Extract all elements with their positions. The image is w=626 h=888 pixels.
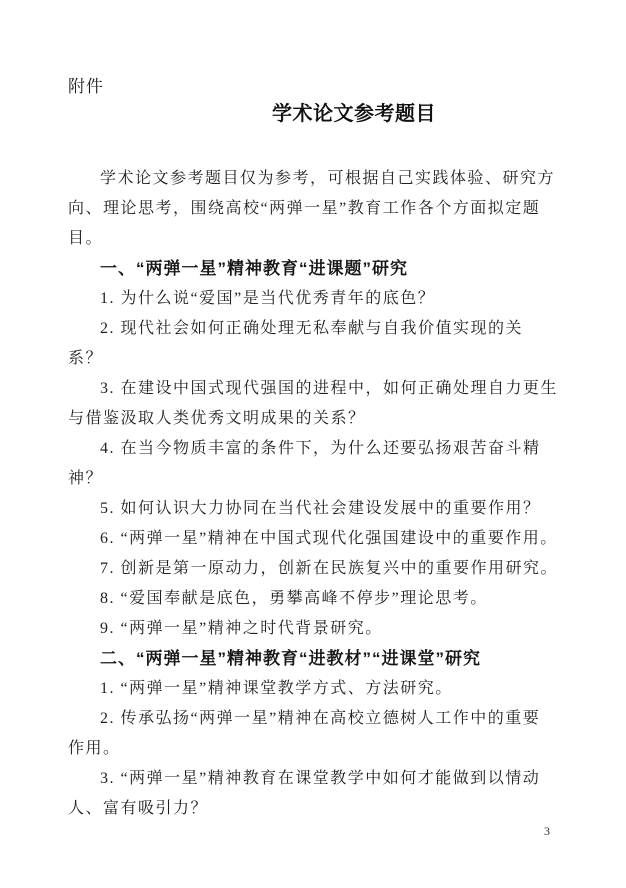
topic-line: 1. “两弹一星”精神课堂教学方式、方法研究。 bbox=[100, 678, 453, 700]
topic-line-continuation: 人、富有吸引力？ bbox=[68, 798, 208, 820]
topic-line: 7. 创新是第一原动力，创新在民族复兴中的重要作用研究。 bbox=[100, 558, 558, 580]
topic-line: 3. 在建设中国式现代强国的进程中，如何正确处理自力更生 bbox=[100, 378, 558, 400]
section-1-heading: 一、“两弹一星”精神教育“进课题”研究 bbox=[100, 258, 408, 280]
topic-line: 5. 如何认识大力协同在当代社会建设发展中的重要作用？ bbox=[100, 498, 541, 520]
topic-line: 6. “两弹一星”精神在中国式现代化强国建设中的重要作用。 bbox=[100, 528, 558, 550]
document-page: 附件 学术论文参考题目 学术论文参考题目仅为参考，可根据自己实践体验、研究方 向… bbox=[0, 0, 626, 888]
intro-line: 目。 bbox=[68, 228, 103, 250]
topic-line-continuation: 神？ bbox=[68, 468, 103, 490]
doc-title: 学术论文参考题目 bbox=[272, 103, 436, 125]
page-number: 3 bbox=[544, 820, 550, 842]
topic-line: 2. 传承弘扬“两弹一星”精神在高校立德树人工作中的重要 bbox=[100, 708, 540, 730]
topic-line: 4. 在当今物质丰富的条件下，为什么还要弘扬艰苦奋斗精 bbox=[100, 438, 541, 460]
topic-line: 1. 为什么说“爱国”是当代优秀青年的底色？ bbox=[100, 288, 435, 310]
topic-line: 8. “爱国奉献是底色，勇攀高峰不停步”理论思考。 bbox=[100, 588, 488, 610]
attachment-label: 附件 bbox=[68, 76, 104, 98]
topic-line-continuation: 与借鉴汲取人类优秀文明成果的关系？ bbox=[68, 408, 366, 430]
topic-line: 3. “两弹一星”精神教育在课堂教学中如何才能做到以情动 bbox=[100, 768, 540, 790]
intro-line: 向、理论思考，围绕高校“两弹一星”教育工作各个方面拟定题 bbox=[68, 198, 540, 220]
section-2-heading: 二、“两弹一星”精神教育“进教材”“进课堂”研究 bbox=[100, 648, 481, 670]
topic-line-continuation: 作用。 bbox=[68, 738, 121, 760]
topic-line: 9. “两弹一星”精神之时代背景研究。 bbox=[100, 618, 383, 640]
topic-line: 2. 现代社会如何正确处理无私奉献与自我价值实现的关 bbox=[100, 318, 523, 340]
topic-line-continuation: 系？ bbox=[68, 348, 103, 370]
intro-line: 学术论文参考题目仅为参考，可根据自己实践体验、研究方 bbox=[100, 168, 555, 190]
